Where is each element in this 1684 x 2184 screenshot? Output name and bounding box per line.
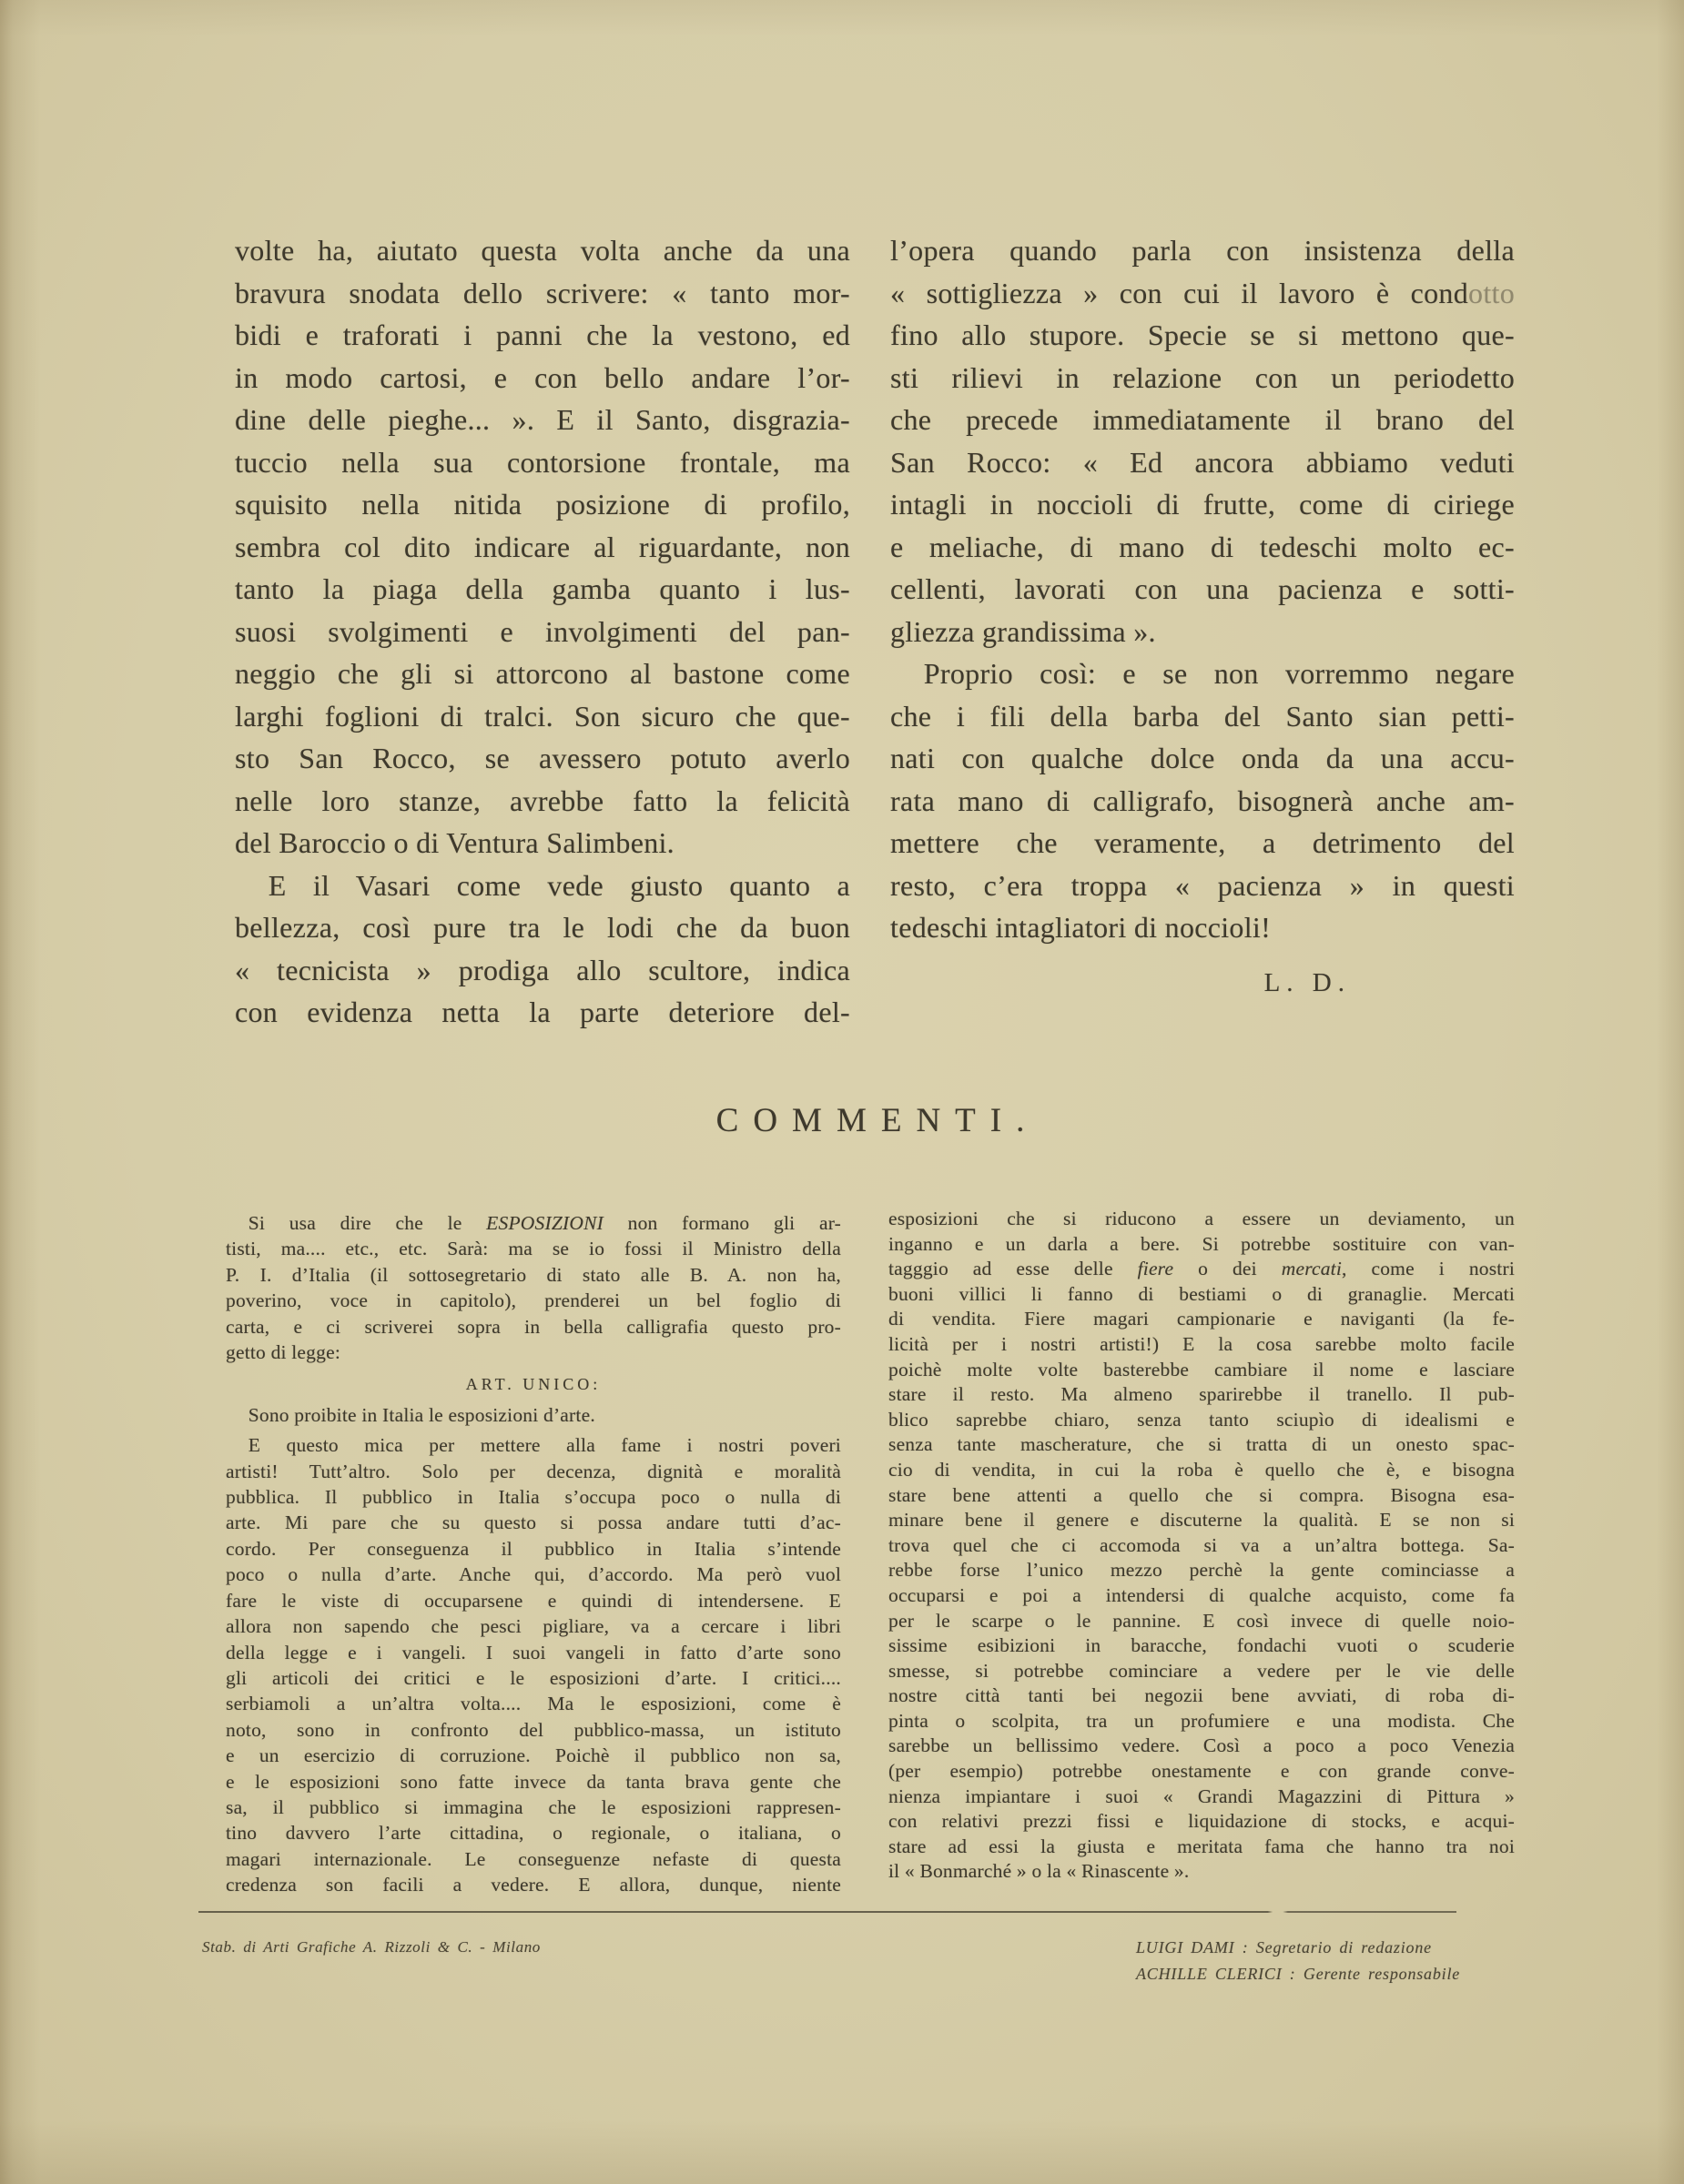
text-line: getto di legge: [226, 1340, 841, 1365]
text-line: serbiamoli a un’altra volta.... Ma le es… [226, 1691, 841, 1716]
text-line: carta, e ci scriverei sopra in bella cal… [226, 1314, 841, 1340]
text-line: allora non sapendo che pesci pigliare, v… [226, 1613, 841, 1639]
text-line: « tecnicista » prodiga allo scultore, in… [235, 949, 850, 992]
text-line: arte. Mi pare che su questo si possa and… [226, 1510, 841, 1535]
scanned-magazine-page: volte ha, aiutato questa volta anche da … [0, 0, 1684, 2184]
text-line: il « Bonmarché » o la « Rinascente ». [888, 1859, 1515, 1885]
text-line: squisito nella nitida posizione di profi… [235, 483, 850, 526]
text-line: stare bene attenti a quello che si compr… [888, 1483, 1515, 1509]
section-title-commenti: COMMENTI. [226, 1101, 1515, 1141]
text-line: nati con qualche dolce onda da una accu- [890, 737, 1515, 780]
text-line: fare le viste di occuparsene e quindi di… [226, 1588, 841, 1613]
text-line: dine delle pieghe... ». E il Santo, disg… [235, 399, 850, 441]
text-line: smesse, si potrebbe cominciare a vedere … [888, 1659, 1515, 1684]
text-line: con relativi prezzi fissi e liquidazione… [888, 1809, 1515, 1835]
text-line: di vendita. Fiere magari campionarie e n… [888, 1307, 1515, 1332]
comments-left-column: Si usa dire che le ESPOSIZIONI non forma… [226, 1210, 841, 1898]
text-line: sembra col dito indicare al riguardante,… [235, 526, 850, 569]
editor-credit-line: ACHILLE CLERICI : Gerente responsabile [1136, 1961, 1460, 1987]
text-line: P. I. d’Italia (il sottosegretario di st… [226, 1262, 841, 1288]
text-line: della legge e i vangeli. I suoi vangeli … [226, 1640, 841, 1665]
text-line: tuccio nella sua contorsione frontale, m… [235, 441, 850, 484]
text-line: cordo. Per conseguenza il pubblico in It… [226, 1536, 841, 1562]
text-line: stare ad essi la giusta e meritata fama … [888, 1835, 1515, 1860]
text-line: intagli in noccioli di frutte, come di c… [890, 483, 1515, 526]
text-line: sarebbe un bellissimo vedere. Così a poc… [888, 1734, 1515, 1759]
text-line: che precede immediatamente il brano del [890, 399, 1515, 441]
text-line: nienza impiantare i suoi « Grandi Magazz… [888, 1785, 1515, 1810]
text-line: resto, c’era troppa « pacienza » in ques… [890, 864, 1515, 907]
text-line: poichè molte volte basterebbe cambiare i… [888, 1358, 1515, 1383]
text-line: pinta o scolpita, tra un profumiere e un… [888, 1709, 1515, 1734]
text-line: l’opera quando parla con insistenza dell… [890, 229, 1515, 272]
text-line: credenza son facili a vedere. E allora, … [226, 1872, 841, 1897]
text-line: Sono proibite in Italia le esposizioni d… [226, 1402, 841, 1428]
text-line: rata mano di calligrafo, bisognerà anche… [890, 780, 1515, 823]
text-line: bellezza, così pure tra le lodi che da b… [235, 906, 850, 949]
text-line: (per esempio) potrebbe onestamente e con… [888, 1759, 1515, 1785]
text-line: E questo mica per mettere alla fame i no… [226, 1432, 841, 1458]
text-line: stare il resto. Ma almeno sparirebbe il … [888, 1382, 1515, 1408]
text-line: ART. UNICO: [226, 1371, 841, 1397]
editor-credit-line: LUIGI DAMI : Segretario di redazione [1136, 1935, 1460, 1961]
text-line: che i fili della barba del Santo sian pe… [890, 695, 1515, 738]
text-line: con evidenza netta la parte deteriore de… [235, 991, 850, 1034]
text-line: tanto la piaga della gamba quanto i lus- [235, 568, 850, 611]
text-line: noto, sono in confronto del pubblico-mas… [226, 1717, 841, 1743]
comments-right-column: esposizioni che si riducono a essere un … [888, 1207, 1515, 1885]
article-right-column-text: l’opera quando parla con insistenza dell… [890, 229, 1515, 949]
text-line: volte ha, aiutato questa volta anche da … [235, 229, 850, 272]
article-left-column: volte ha, aiutato questa volta anche da … [235, 229, 850, 1034]
text-line: e un esercizio di corruzione. Poichè il … [226, 1743, 841, 1768]
text-line: poverino, voce in capitolo), prenderei u… [226, 1288, 841, 1313]
text-line: rebbe forse l’unico mezzo perchè la gent… [888, 1558, 1515, 1583]
text-line: buoni villici li fanno di bestiami o di … [888, 1282, 1515, 1308]
text-line: per le scarpe o le pannine. E così invec… [888, 1609, 1515, 1634]
text-line: esposizioni che si riducono a essere un … [888, 1207, 1515, 1232]
text-line: blico saprebbe chiaro, senza tanto sciup… [888, 1408, 1515, 1433]
text-line: suosi svolgimenti e involgimenti del pan… [235, 611, 850, 653]
text-line: del Baroccio o di Ventura Salimbeni. [235, 822, 850, 864]
text-line: e le esposizioni sono fatte invece da ta… [226, 1769, 841, 1795]
text-line: cellenti, lavorati con una pacienza e so… [890, 568, 1515, 611]
text-line: senza tante mascherature, che si tratta … [888, 1432, 1515, 1458]
text-line: gliezza grandissima ». [890, 611, 1515, 653]
text-line: bravura snodata dello scrivere: « tanto … [235, 272, 850, 315]
text-line: sti rilievi in relazione con un periodet… [890, 357, 1515, 399]
text-line: Proprio così: e se non vorremmo negare [890, 652, 1515, 695]
text-line: occuparsi e poi a intendersi di qualche … [888, 1583, 1515, 1609]
text-line: tagggio ad esse delle fiere o dei mercat… [888, 1257, 1515, 1282]
text-line: nostre città tanti bei negozii bene avvi… [888, 1683, 1515, 1709]
text-line: sto San Rocco, se avessero potuto averlo [235, 737, 850, 780]
printer-imprint: Stab. di Arti Grafiche A. Rizzoli & C. -… [202, 1938, 541, 1956]
text-line: tedeschi intagliatori di noccioli! [890, 906, 1515, 949]
text-line: magari internazionale. Le conseguenze ne… [226, 1846, 841, 1872]
text-line: e meliache, di mano di tedeschi molto ec… [890, 526, 1515, 569]
text-line: inganno e un darla a bere. Si potrebbe s… [888, 1232, 1515, 1258]
text-line: cio di vendita, in cui la roba è quello … [888, 1458, 1515, 1483]
text-line: bidi e traforati i panni che la vestono,… [235, 314, 850, 357]
text-line: neggio che gli si attorcono al bastone c… [235, 652, 850, 695]
author-initials: L. D. [890, 962, 1515, 1005]
text-line: in modo cartosi, e con bello andare l’or… [235, 357, 850, 399]
text-line: tisti, ma.... etc., etc. Sarà: ma se io … [226, 1236, 841, 1261]
article-right-column: l’opera quando parla con insistenza dell… [890, 229, 1515, 1004]
text-line: sa, il pubblico si immagina che le espos… [226, 1795, 841, 1820]
text-line: tino davvero l’arte cittadina, o regiona… [226, 1820, 841, 1845]
text-line: trova quel che ci accomoda si va a un’al… [888, 1533, 1515, 1559]
text-line: Si usa dire che le ESPOSIZIONI non forma… [226, 1210, 841, 1236]
footer-divider-rule [198, 1911, 1456, 1913]
text-line: « sottigliezza » con cui il lavoro è con… [890, 272, 1515, 315]
text-line: licità per i nostri artisti!) E la cosa … [888, 1332, 1515, 1358]
text-line: E il Vasari come vede giusto quanto a [235, 864, 850, 907]
text-line: gli articoli dei critici e le esposizion… [226, 1665, 841, 1691]
text-line: minare bene il genere e discuterne la qu… [888, 1508, 1515, 1533]
text-line: mettere che veramente, a detrimento del [890, 822, 1515, 864]
text-line: larghi foglioni di tralci. Son sicuro ch… [235, 695, 850, 738]
text-line: poco o nulla d’arte. Anche qui, d’accord… [226, 1562, 841, 1587]
text-line: nelle loro stanze, avrebbe fatto la feli… [235, 780, 850, 823]
editor-credits: LUIGI DAMI : Segretario di redazione ACH… [1136, 1935, 1460, 1987]
text-line: sissime esibizioni in baracche, fondachi… [888, 1633, 1515, 1659]
text-line: pubblica. Il pubblico in Italia s’occupa… [226, 1484, 841, 1510]
text-line: artisti! Tutt’altro. Solo per decenza, d… [226, 1459, 841, 1484]
text-line: fino allo stupore. Specie se si mettono … [890, 314, 1515, 357]
text-line: San Rocco: « Ed ancora abbiamo veduti [890, 441, 1515, 484]
